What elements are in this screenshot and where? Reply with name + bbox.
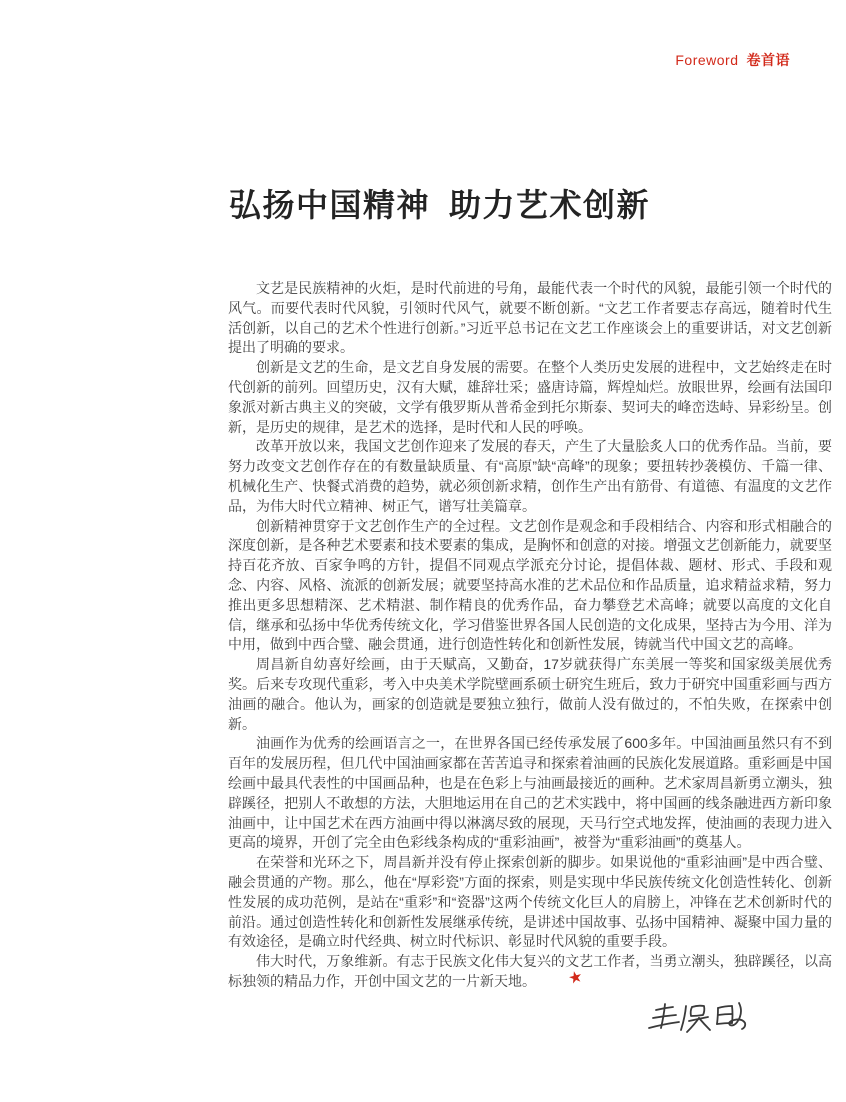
section-label-en: Foreword: [675, 52, 738, 68]
article-body: 文艺是民族精神的火炬，是时代前进的号角，最能代表一个时代的风貌，最能引领一个时代…: [228, 279, 832, 992]
end-star-icon: ★: [540, 970, 584, 994]
paragraph-3: 改革开放以来，我国文艺创作迎来了发展的春天，产生了大量脍炙人口的优秀作品。当前，…: [228, 437, 832, 516]
page-title: 弘扬中国精神 助力艺术创新: [229, 180, 650, 226]
paragraph-4: 创新精神贯穿于文艺创作生产的全过程。文艺创作是观念和手段相结合、内容和形式相融合…: [228, 517, 832, 656]
paragraph-2: 创新是文艺的生命，是文艺自身发展的需要。在整个人类历史发展的进程中，文艺始终走在…: [228, 358, 832, 437]
foreword-page: Foreword卷首语 弘扬中国精神 助力艺术创新 文艺是民族精神的火炬，是时代…: [0, 0, 846, 1102]
paragraph-1: 文艺是民族精神的火炬，是时代前进的号角，最能代表一个时代的风貌，最能引领一个时代…: [228, 279, 832, 358]
paragraph-8-text: 伟大时代，万象维新。有志于民族文化伟大复兴的文艺工作者，当勇立潮头，独辟蹊径，以…: [228, 953, 832, 989]
paragraph-6: 油画作为优秀的绘画语言之一，在世界各国已经传承发展了600多年。中国油画虽然只有…: [228, 734, 832, 853]
section-label-zh: 卷首语: [747, 52, 791, 68]
section-label: Foreword卷首语: [675, 50, 790, 70]
paragraph-5: 周昌新自幼喜好绘画，由于天赋高，又勤奋，17岁就获得广东美展一等奖和国家级美展优…: [228, 655, 832, 734]
author-signature: [645, 995, 755, 1047]
paragraph-8: 伟大时代，万象维新。有志于民族文化伟大复兴的文艺工作者，当勇立潮头，独辟蹊径，以…: [228, 952, 832, 992]
signature-handwriting-icon: [645, 995, 755, 1047]
paragraph-7: 在荣誉和光环之下，周昌新并没有停止探索创新的脚步。如果说他的“重彩油画”是中西合…: [228, 853, 832, 952]
